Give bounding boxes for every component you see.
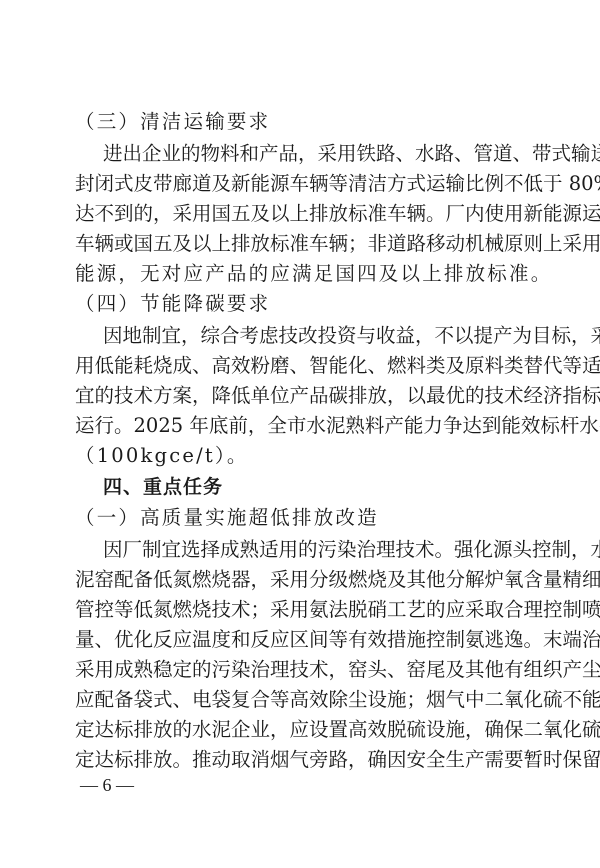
document-page: （三）清洁运输要求 进出企业的物料和产品，采用铁路、水路、管道、带式输送机、 封… (0, 0, 600, 868)
paragraph-line: 管控等低氮燃烧技术；采用氨法脱硝工艺的应采取合理控制喷氨 (75, 595, 525, 625)
paragraph-line: 应配备袋式、电袋复合等高效除尘设施；烟气中二氧化硫不能稳 (75, 685, 525, 715)
main-heading-key-tasks: 四、重点任务 (103, 472, 553, 502)
paragraph-line: 泥窑配备低氮燃烧器，采用分级燃烧及其他分解炉氧含量精细化 (75, 565, 525, 595)
section-heading-ultra-low-emission: （一）高质量实施超低排放改造 (75, 503, 525, 533)
paragraph-line: 采用成熟稳定的污染治理技术，窑头、窑尾及其他有组织产尘点 (75, 655, 525, 685)
paragraph-line: 因地制宜，综合考虑技改投资与收益，不以提产为目标，采 (103, 321, 525, 351)
paragraph-line: 定达标排放。推动取消烟气旁路，确因安全生产需要暂时保留的， (75, 745, 525, 775)
paragraph-line: 达不到的，采用国五及以上排放标准车辆。厂内使用新能源运输 (75, 199, 525, 229)
paragraph-line: 车辆或国五及以上排放标准车辆；非道路移动机械原则上采用新 (75, 229, 525, 259)
paragraph-line: 用低能耗烧成、高效粉磨、智能化、燃料类及原料类替代等适 (75, 351, 525, 381)
page-number: — 6 — (80, 772, 134, 798)
section-heading-clean-transport: （三）清洁运输要求 (75, 107, 525, 137)
paragraph-line: 运行。2025 年底前，全市水泥熟料产能力争达到能效标杆水平 (75, 411, 525, 441)
paragraph-line: 因厂制宜选择成熟适用的污染治理技术。强化源头控制，水 (103, 535, 525, 565)
paragraph-line: （100kgce/t）。 (75, 441, 525, 471)
section-heading-energy-saving: （四）节能降碳要求 (75, 289, 525, 319)
paragraph-line: 进出企业的物料和产品，采用铁路、水路、管道、带式输送机、 (103, 139, 525, 169)
paragraph-line: 能源，无对应产品的应满足国四及以上排放标准。 (75, 259, 525, 289)
paragraph-line: 量、优化反应温度和反应区间等有效措施控制氨逃逸。末端治理 (75, 625, 525, 655)
paragraph-line: 宜的技术方案，降低单位产品碳排放，以最优的技术经济指标 (75, 381, 525, 411)
paragraph-line: 定达标排放的水泥企业，应设置高效脱硫设施，确保二氧化硫稳 (75, 715, 525, 745)
paragraph-line: 封闭式皮带廊道及新能源车辆等清洁方式运输比例不低于 80%； (75, 169, 525, 199)
